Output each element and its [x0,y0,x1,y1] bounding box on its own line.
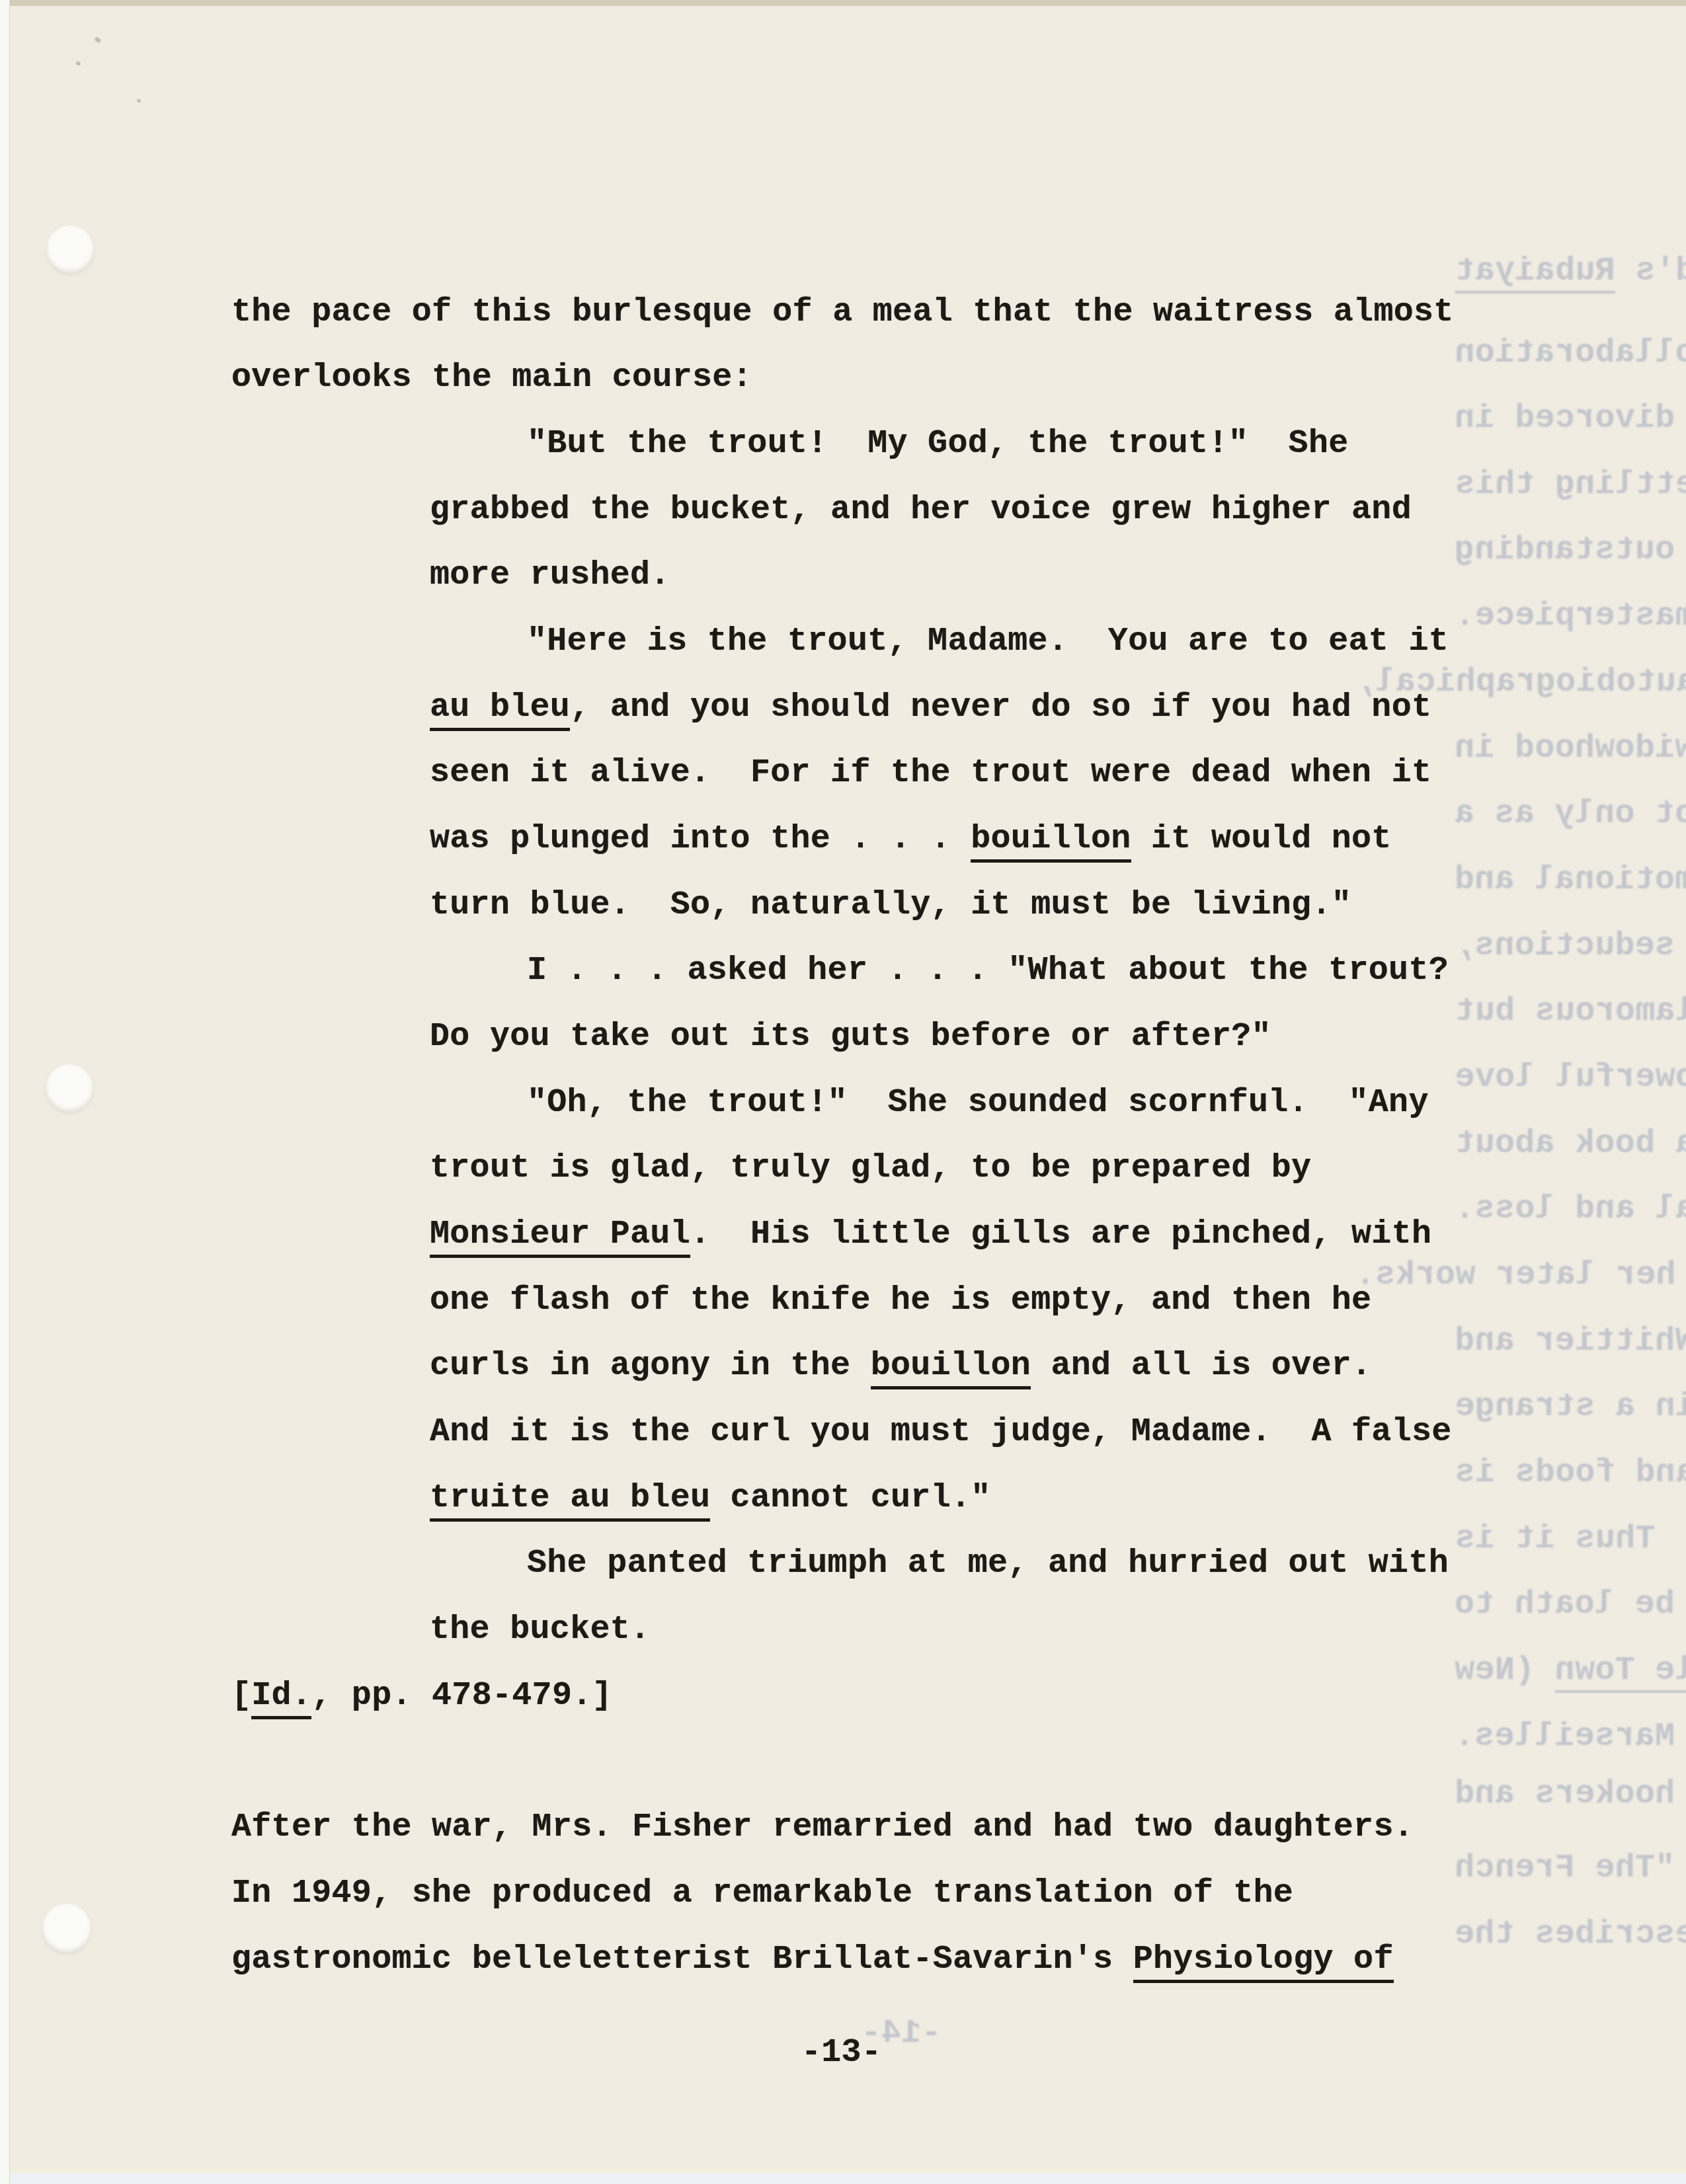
paper-speck-layer [0,0,1686,2184]
paper-speck [94,36,102,44]
paper-speck [75,61,81,66]
paper-speck [136,98,141,103]
scanned-document-page: Taste. It is one of those works, like Fi… [0,0,1686,2184]
